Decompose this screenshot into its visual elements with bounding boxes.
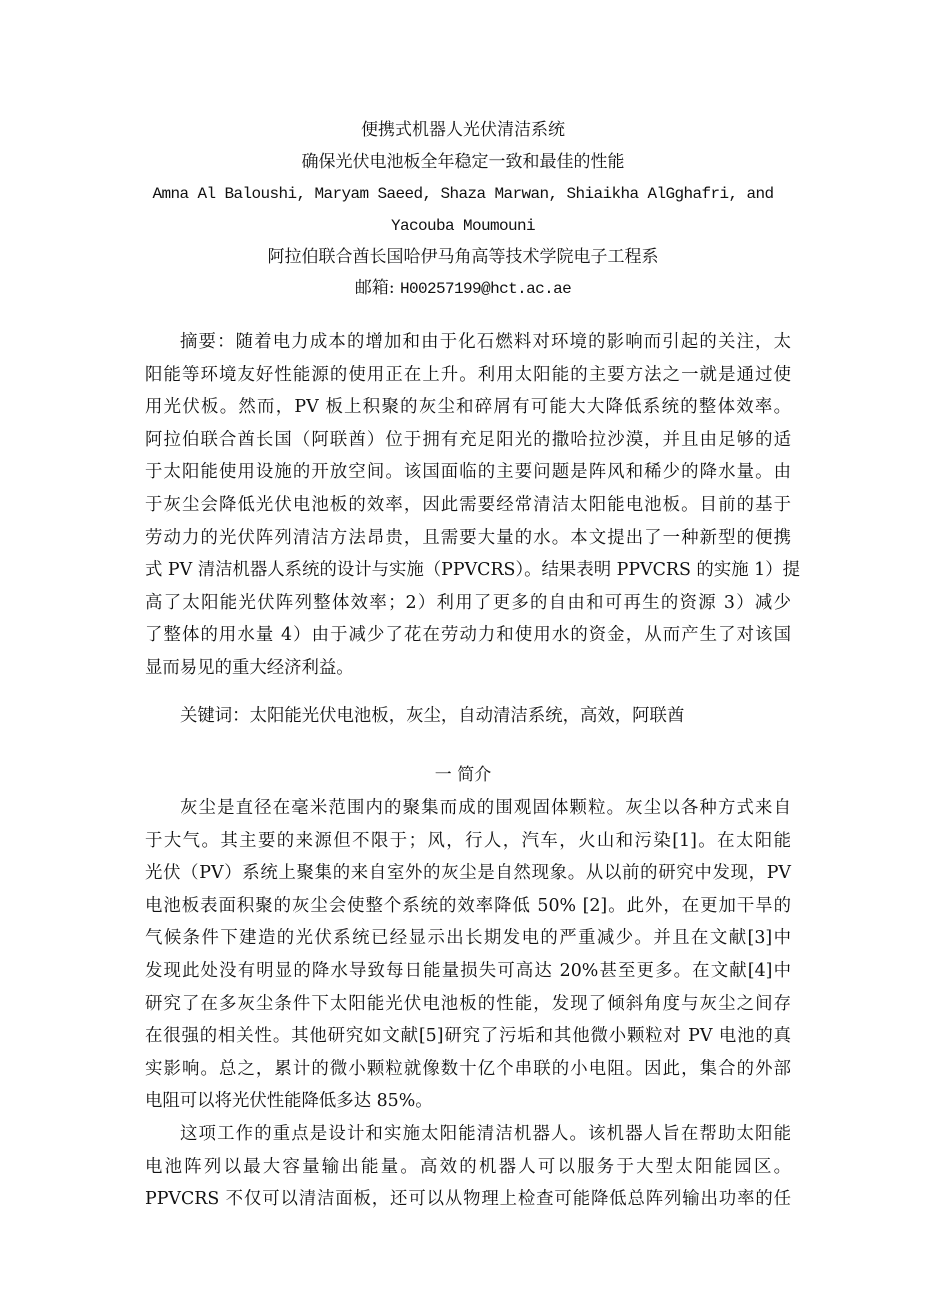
section-heading-introduction: 一 简介 [0,763,926,787]
paragraph-line: 于大气。其主要的来源但不限于；风，行人，汽车，火山和污染[1]。在太阳能 [145,825,791,858]
authors-line-1: Amna Al Baloushi, Maryam Saeed, Shaza Ma… [0,182,926,206]
abstract-line: 于太阳能使用设施的开放空间。该国面临的主要问题是阵风和稀少的降水量。由 [145,456,791,489]
paragraph-line: 电阻可以将光伏性能降低多达 85%。 [145,1085,791,1118]
intro-paragraph-2: 这项工作的重点是设计和实施太阳能清洁机器人。该机器人旨在帮助太阳能 电池阵列以最… [145,1118,791,1216]
paragraph-line: 灰尘是直径在毫米范围内的聚集而成的围观固体颗粒。灰尘以各种方式来自 [145,792,791,825]
paragraph-line: 电池阵列以最大容量输出能量。高效的机器人可以服务于大型太阳能园区。 [145,1151,791,1184]
affiliation: 阿拉伯联合酋长国哈伊马角高等技术学院电子工程系 [0,245,926,269]
paragraph-line: 电池板表面积聚的灰尘会使整个系统的效率降低 50% [2]。此外，在更加干旱的 [145,890,791,923]
abstract: 摘要：随着电力成本的增加和由于化石燃料对环境的影响而引起的关注，太 阳能等环境友… [145,326,791,685]
abstract-line: 摘要：随着电力成本的增加和由于化石燃料对环境的影响而引起的关注，太 [145,326,791,359]
keywords-text: 关键词：太阳能光伏电池板，灰尘，自动清洁系统，高效，阿联酋 [145,700,791,733]
authors-line-2: Yacouba Moumouni [0,214,926,238]
paper-subtitle: 确保光伏电池板全年稳定一致和最佳的性能 [0,150,926,174]
abstract-line: 了整体的用水量 4）由于减少了花在劳动力和使用水的资金，从而产生了对该国 [145,619,791,652]
paragraph-line: 气候条件下建造的光伏系统已经显示出长期发电的严重减少。并且在文献[3]中 [145,922,791,955]
abstract-line: 阿拉伯联合酋长国（阿联酋）位于拥有充足阳光的撒哈拉沙漠，并且由足够的适 [145,424,791,457]
email-address: H00257199@hct.ac.ae [400,280,571,298]
paragraph-line: 实影响。总之，累计的微小颗粒就像数十亿个串联的小电阻。因此，集合的外部 [145,1053,791,1086]
abstract-line: 劳动力的光伏阵列清洁方法昂贵，且需要大量的水。本文提出了一种新型的便携 [145,522,791,555]
paragraph-line: 这项工作的重点是设计和实施太阳能清洁机器人。该机器人旨在帮助太阳能 [145,1118,791,1151]
paragraph-line: PPVCRS 不仅可以清洁面板，还可以从物理上检查可能降低总阵列输出功率的任 [145,1183,791,1216]
abstract-line: 显而易见的重大经济利益。 [145,652,791,685]
document-page: 便携式机器人光伏清洁系统 确保光伏电池板全年稳定一致和最佳的性能 Amna Al… [0,0,926,1309]
abstract-line: 用光伏板。然而，PV 板上积聚的灰尘和碎屑有可能大大降低系统的整体效率。 [145,391,791,424]
email-label: 邮箱: [355,278,400,298]
intro-paragraph-1: 灰尘是直径在毫米范围内的聚集而成的围观固体颗粒。灰尘以各种方式来自 于大气。其主… [145,792,791,1118]
paragraph-line: 在很强的相关性。其他研究如文献[5]研究了污垢和其他微小颗粒对 PV 电池的真 [145,1020,791,1053]
paper-title: 便携式机器人光伏清洁系统 [0,118,926,142]
abstract-line: 于灰尘会降低光伏电池板的效率，因此需要经常清洁太阳能电池板。目前的基于 [145,489,791,522]
abstract-line: 高了太阳能光伏阵列整体效率；2）利用了更多的自由和可再生的资源 3）减少 [145,587,791,620]
email-line: 邮箱: H00257199@hct.ac.ae [0,276,926,301]
paragraph-line: 研究了在多灰尘条件下太阳能光伏电池板的性能，发现了倾斜角度与灰尘之间存 [145,988,791,1021]
abstract-line: 阳能等环境友好性能源的使用正在上升。利用太阳能的主要方法之一就是通过使 [145,359,791,392]
abstract-line: 式 PV 清洁机器人系统的设计与实施（PPVCRS）。结果表明 PPVCRS 的… [145,554,791,587]
paragraph-line: 发现此处没有明显的降水导致每日能量损失可高达 20%甚至更多。在文献[4]中 [145,955,791,988]
paragraph-line: 光伏（PV）系统上聚集的来自室外的灰尘是自然现象。从以前的研究中发现，PV [145,857,791,890]
keywords: 关键词：太阳能光伏电池板，灰尘，自动清洁系统，高效，阿联酋 [145,700,791,733]
